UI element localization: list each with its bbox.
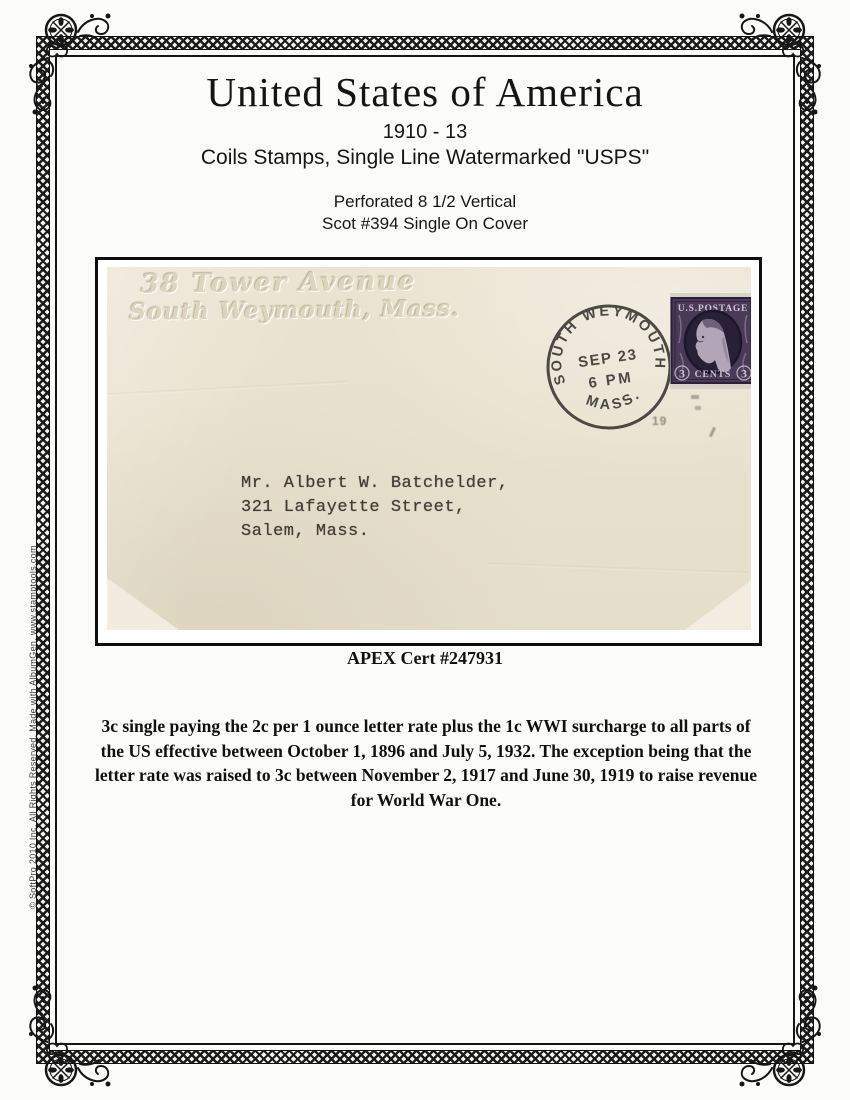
corner-flourish-icon bbox=[734, 984, 846, 1096]
ink-smudge bbox=[691, 395, 699, 399]
series-subtitle: Coils Stamps, Single Line Watermarked "U… bbox=[70, 146, 780, 170]
stamp-denomination-right: 3 bbox=[741, 367, 747, 381]
stamp-denomination-left: 3 bbox=[679, 367, 685, 381]
envelope-crease bbox=[107, 381, 347, 397]
address-line: 321 Lafayette Street, bbox=[241, 496, 509, 520]
embossed-return-address: 38 Tower Avenue South Weymouth, Mass. bbox=[129, 267, 461, 326]
rate-description: 3c single paying the 2c per 1 ounce lett… bbox=[92, 714, 760, 812]
envelope: 38 Tower Avenue South Weymouth, Mass. SO… bbox=[107, 267, 751, 630]
cover-frame: 38 Tower Avenue South Weymouth, Mass. SO… bbox=[95, 257, 762, 646]
issue-period: 1910 - 13 bbox=[70, 121, 780, 144]
copyright-sidebar: © SoftPro 2010 Inc. All Rights Reserved.… bbox=[28, 545, 38, 908]
ink-smudge bbox=[709, 427, 716, 437]
postmark-date: SEP 23 bbox=[577, 346, 638, 371]
postmark-time: 6 PM bbox=[587, 369, 634, 392]
border-band-right bbox=[800, 36, 814, 1064]
corner-flourish-icon bbox=[4, 984, 116, 1096]
page-title: United States of America bbox=[70, 68, 780, 116]
washington-3c-stamp: U.S.POSTAGE 3 3 CENTS bbox=[670, 293, 751, 389]
year-smudge: 19 bbox=[652, 414, 667, 428]
typed-address-block: Mr. Albert W. Batchelder, 321 Lafayette … bbox=[241, 472, 509, 544]
stamp-denomination-word: CENTS bbox=[695, 370, 732, 380]
return-address-line: South Weymouth, Mass. bbox=[129, 295, 460, 326]
cert-caption: APEX Cert #247931 bbox=[0, 648, 850, 669]
address-line: Salem, Mass. bbox=[241, 520, 509, 544]
mount-corner bbox=[685, 580, 751, 630]
border-band-bottom bbox=[36, 1050, 814, 1064]
ink-smudge bbox=[695, 406, 701, 410]
perforation-note: Perforated 8 1/2 Vertical bbox=[70, 192, 780, 212]
border-band-top bbox=[36, 36, 814, 50]
catalog-note: Scot #394 Single On Cover bbox=[70, 214, 780, 234]
return-address-line: 38 Tower Avenue bbox=[129, 267, 460, 298]
envelope-crease bbox=[487, 562, 747, 574]
address-line: Mr. Albert W. Batchelder, bbox=[241, 472, 509, 496]
mount-corner bbox=[107, 578, 179, 630]
border-band-left bbox=[36, 36, 50, 1064]
